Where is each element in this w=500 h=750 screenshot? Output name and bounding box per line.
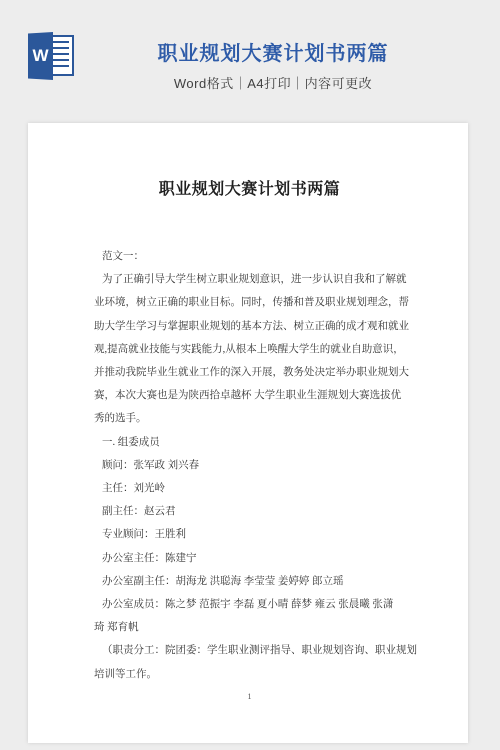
document-line: 办公室副主任：胡海龙 洪聪海 李莹莹 姜婷婷 郎立瑶 [94, 570, 405, 593]
document-page: 职业规划大赛计划书两篇 范文一：为了正确引导大学生树立职业规划意识，进一步认识自… [28, 123, 468, 743]
document-line: 办公室主任：陈建宁 [94, 547, 405, 570]
document-line: 秀的选手。 [94, 407, 405, 430]
document-line: 副主任：赵云君 [94, 500, 405, 523]
document-line: 办公室成员：陈之梦 范振宇 李磊 夏小晴 薛梦 雍云 张晨曦 张潇 [94, 593, 405, 616]
document-line: 赛，本次大赛也是为陕西拾卓越杯 大学生职业生涯规划大赛选拔优 [94, 384, 405, 407]
document-line: 范文一： [94, 245, 405, 268]
document-line: 顾问：张军政 刘兴春 [94, 454, 405, 477]
document-title: 职业规划大赛计划书两篇 [94, 123, 405, 201]
format-info: Word格式｜A4打印｜内容可更改 [46, 76, 500, 91]
document-line: 并推动我院毕业生就业工作的深入开展，教务处决定举办职业规划大 [94, 361, 405, 384]
document-line: 主任：刘光岭 [94, 477, 405, 500]
document-line: 业环境，树立正确的职业目标。同时，传播和普及职业规划理念，帮 [94, 291, 405, 314]
document-line: 培训等工作。 [94, 663, 405, 686]
header: W 职业规划大赛计划书两篇 Word格式｜A4打印｜内容可更改 [0, 0, 500, 123]
page-number: 1 [94, 692, 405, 701]
document-line: （职责分工：院团委：学生职业测评指导、职业规划咨询、职业规划 [94, 639, 405, 662]
document-body: 范文一：为了正确引导大学生树立职业规划意识，进一步认识自我和了解就业环境，树立正… [94, 245, 405, 686]
document-line: 一. 组委成员 [94, 431, 405, 454]
document-line: 观,提高就业技能与实践能力,从根本上唤醒大学生的就业自助意识， [94, 338, 405, 361]
page-title: 职业规划大赛计划书两篇 [46, 43, 500, 65]
document-line: 琦 郑育帆 [94, 616, 405, 639]
document-line: 专业顾问：王胜利 [94, 523, 405, 546]
document-line: 为了正确引导大学生树立职业规划意识，进一步认识自我和了解就 [94, 268, 405, 291]
document-line: 助大学生学习与掌握职业规划的基本方法、树立正确的成才观和就业 [94, 315, 405, 338]
